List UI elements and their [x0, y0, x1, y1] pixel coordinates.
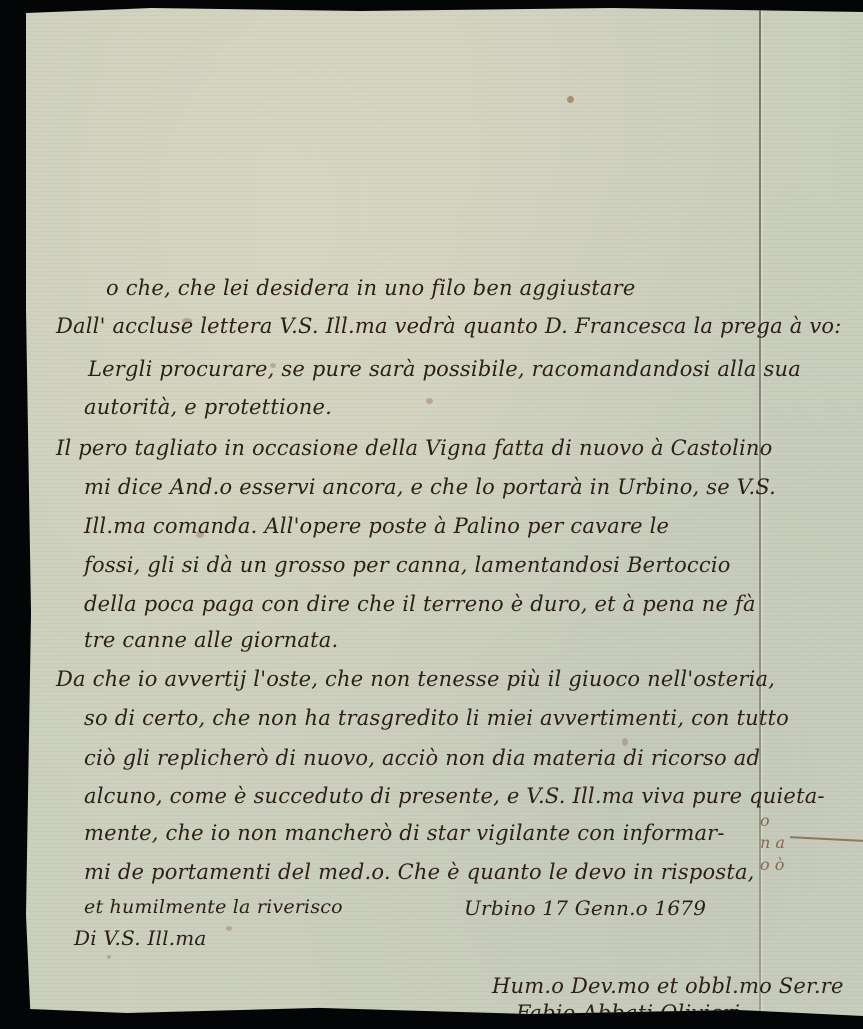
letter-line: tre canne alle giornata.: [84, 628, 338, 652]
letter-line: Dall' accluse lettera V.S. Ill.ma vedrà …: [56, 314, 842, 338]
signature-name: Fabio Abbati Olivieri: [516, 1001, 740, 1025]
margin-mark: o: [760, 810, 785, 832]
letter-line: Lergli procurare, se pure sarà possibile…: [88, 357, 801, 381]
letter-line: ciò gli replicherò di nuovo, acciò non d…: [84, 746, 760, 770]
signature-line-1: Hum.o Dev.mo et obbl.mo Ser.re: [492, 974, 844, 998]
bleed-through-marks: o n a o ò: [760, 810, 785, 876]
letter-line: Ill.ma comanda. All'opere poste à Palino…: [84, 514, 669, 538]
place-date: Urbino 17 Genn.o 1679: [464, 896, 706, 920]
margin-mark: n a: [760, 832, 785, 854]
letter-line: autorità, e protettione.: [84, 395, 332, 419]
closing-salutation: Di V.S. Ill.ma: [74, 926, 207, 950]
scan-background: o che, che lei desidera in uno filo ben …: [0, 0, 863, 1029]
letter-line: Il pero tagliato in occasione della Vign…: [56, 436, 773, 460]
letter-line: et humilmente la riverisco: [84, 896, 343, 918]
letter-line: so di certo, che non ha trasgredito li m…: [84, 706, 789, 730]
letter-line: mi dice And.o esservi ancora, e che lo p…: [84, 475, 776, 499]
letter-line: fossi, gli si dà un grosso per canna, la…: [84, 553, 731, 577]
margin-mark: o ò: [760, 854, 785, 876]
letter-line: o che, che lei desidera in uno filo ben …: [106, 276, 636, 300]
letter-line: alcuno, come è succeduto di presente, e …: [84, 784, 825, 808]
letter-line: Da che io avvertij l'oste, che non tenes…: [56, 667, 775, 691]
letter-line: della poca paga con dire che il terreno …: [84, 592, 756, 616]
letter-line: mente, che io non mancherò di star vigil…: [84, 821, 725, 845]
manuscript-page: o che, che lei desidera in uno filo ben …: [26, 8, 863, 1016]
letter-body: o che, che lei desidera in uno filo ben …: [26, 8, 863, 1016]
letter-line: mi de portamenti del med.o. Che è quanto…: [84, 860, 755, 884]
